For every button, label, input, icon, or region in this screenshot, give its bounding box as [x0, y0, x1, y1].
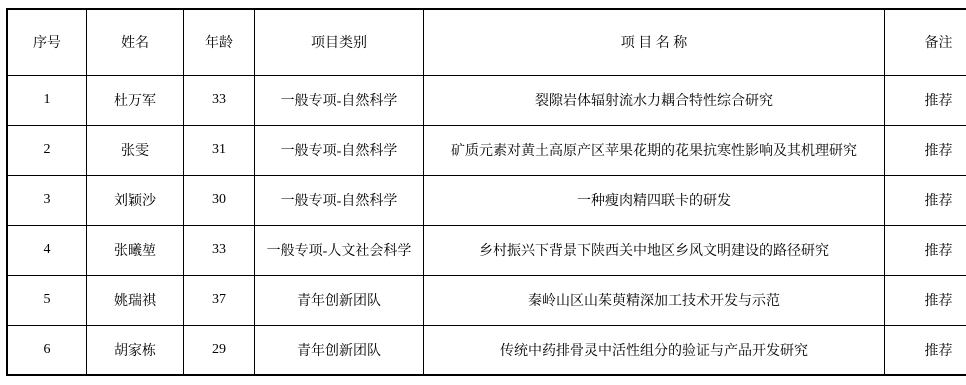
header-cell-category: 项目类别: [255, 9, 424, 75]
cell-project: 秦岭山区山茱萸精深加工技术开发与示范: [424, 275, 885, 325]
cell-remark: 推荐: [885, 75, 966, 125]
cell-category: 青年创新团队: [255, 325, 424, 375]
table-row: 1 杜万军 33 一般专项-自然科学 裂隙岩体辐射流水力耦合特性综合研究 推荐: [7, 75, 966, 125]
cell-age: 30: [184, 175, 255, 225]
cell-no: 4: [7, 225, 87, 275]
cell-age: 33: [184, 75, 255, 125]
cell-no: 5: [7, 275, 87, 325]
projects-table: 序号 姓名 年龄 项目类别 项 目 名 称 备注 1 杜万军 33 一般专项-自…: [6, 8, 966, 376]
cell-no: 2: [7, 125, 87, 175]
table-row: 4 张曦堃 33 一般专项-人文社会科学 乡村振兴下背景下陕西关中地区乡风文明建…: [7, 225, 966, 275]
cell-remark: 推荐: [885, 325, 966, 375]
cell-project: 传统中药排骨灵中活性组分的验证与产品开发研究: [424, 325, 885, 375]
header-cell-project: 项 目 名 称: [424, 9, 885, 75]
cell-no: 3: [7, 175, 87, 225]
cell-project: 矿质元素对黄土高原产区苹果花期的花果抗寒性影响及其机理研究: [424, 125, 885, 175]
cell-name: 刘颖沙: [87, 175, 184, 225]
cell-remark: 推荐: [885, 125, 966, 175]
cell-remark: 推荐: [885, 175, 966, 225]
cell-no: 6: [7, 325, 87, 375]
header-row: 序号 姓名 年龄 项目类别 项 目 名 称 备注: [7, 9, 966, 75]
cell-category: 一般专项-自然科学: [255, 75, 424, 125]
cell-name: 姚瑞祺: [87, 275, 184, 325]
table-body: 1 杜万军 33 一般专项-自然科学 裂隙岩体辐射流水力耦合特性综合研究 推荐 …: [7, 75, 966, 375]
cell-remark: 推荐: [885, 275, 966, 325]
table-header: 序号 姓名 年龄 项目类别 项 目 名 称 备注: [7, 9, 966, 75]
cell-category: 青年创新团队: [255, 275, 424, 325]
cell-name: 胡家栋: [87, 325, 184, 375]
table-row: 5 姚瑞祺 37 青年创新团队 秦岭山区山茱萸精深加工技术开发与示范 推荐: [7, 275, 966, 325]
cell-age: 29: [184, 325, 255, 375]
cell-age: 37: [184, 275, 255, 325]
cell-age: 31: [184, 125, 255, 175]
cell-category: 一般专项-自然科学: [255, 175, 424, 225]
cell-name: 杜万军: [87, 75, 184, 125]
header-cell-name: 姓名: [87, 9, 184, 75]
cell-project: 乡村振兴下背景下陕西关中地区乡风文明建设的路径研究: [424, 225, 885, 275]
table-row: 3 刘颖沙 30 一般专项-自然科学 一种瘦肉精四联卡的研发 推荐: [7, 175, 966, 225]
header-cell-age: 年龄: [184, 9, 255, 75]
cell-project: 一种瘦肉精四联卡的研发: [424, 175, 885, 225]
cell-remark: 推荐: [885, 225, 966, 275]
cell-project: 裂隙岩体辐射流水力耦合特性综合研究: [424, 75, 885, 125]
cell-name: 张雯: [87, 125, 184, 175]
cell-category: 一般专项-人文社会科学: [255, 225, 424, 275]
header-cell-remark: 备注: [885, 9, 966, 75]
cell-name: 张曦堃: [87, 225, 184, 275]
table-row: 2 张雯 31 一般专项-自然科学 矿质元素对黄土高原产区苹果花期的花果抗寒性影…: [7, 125, 966, 175]
cell-category: 一般专项-自然科学: [255, 125, 424, 175]
cell-no: 1: [7, 75, 87, 125]
page: 序号 姓名 年龄 项目类别 项 目 名 称 备注 1 杜万军 33 一般专项-自…: [0, 0, 966, 385]
table-row: 6 胡家栋 29 青年创新团队 传统中药排骨灵中活性组分的验证与产品开发研究 推…: [7, 325, 966, 375]
cell-age: 33: [184, 225, 255, 275]
header-cell-no: 序号: [7, 9, 87, 75]
